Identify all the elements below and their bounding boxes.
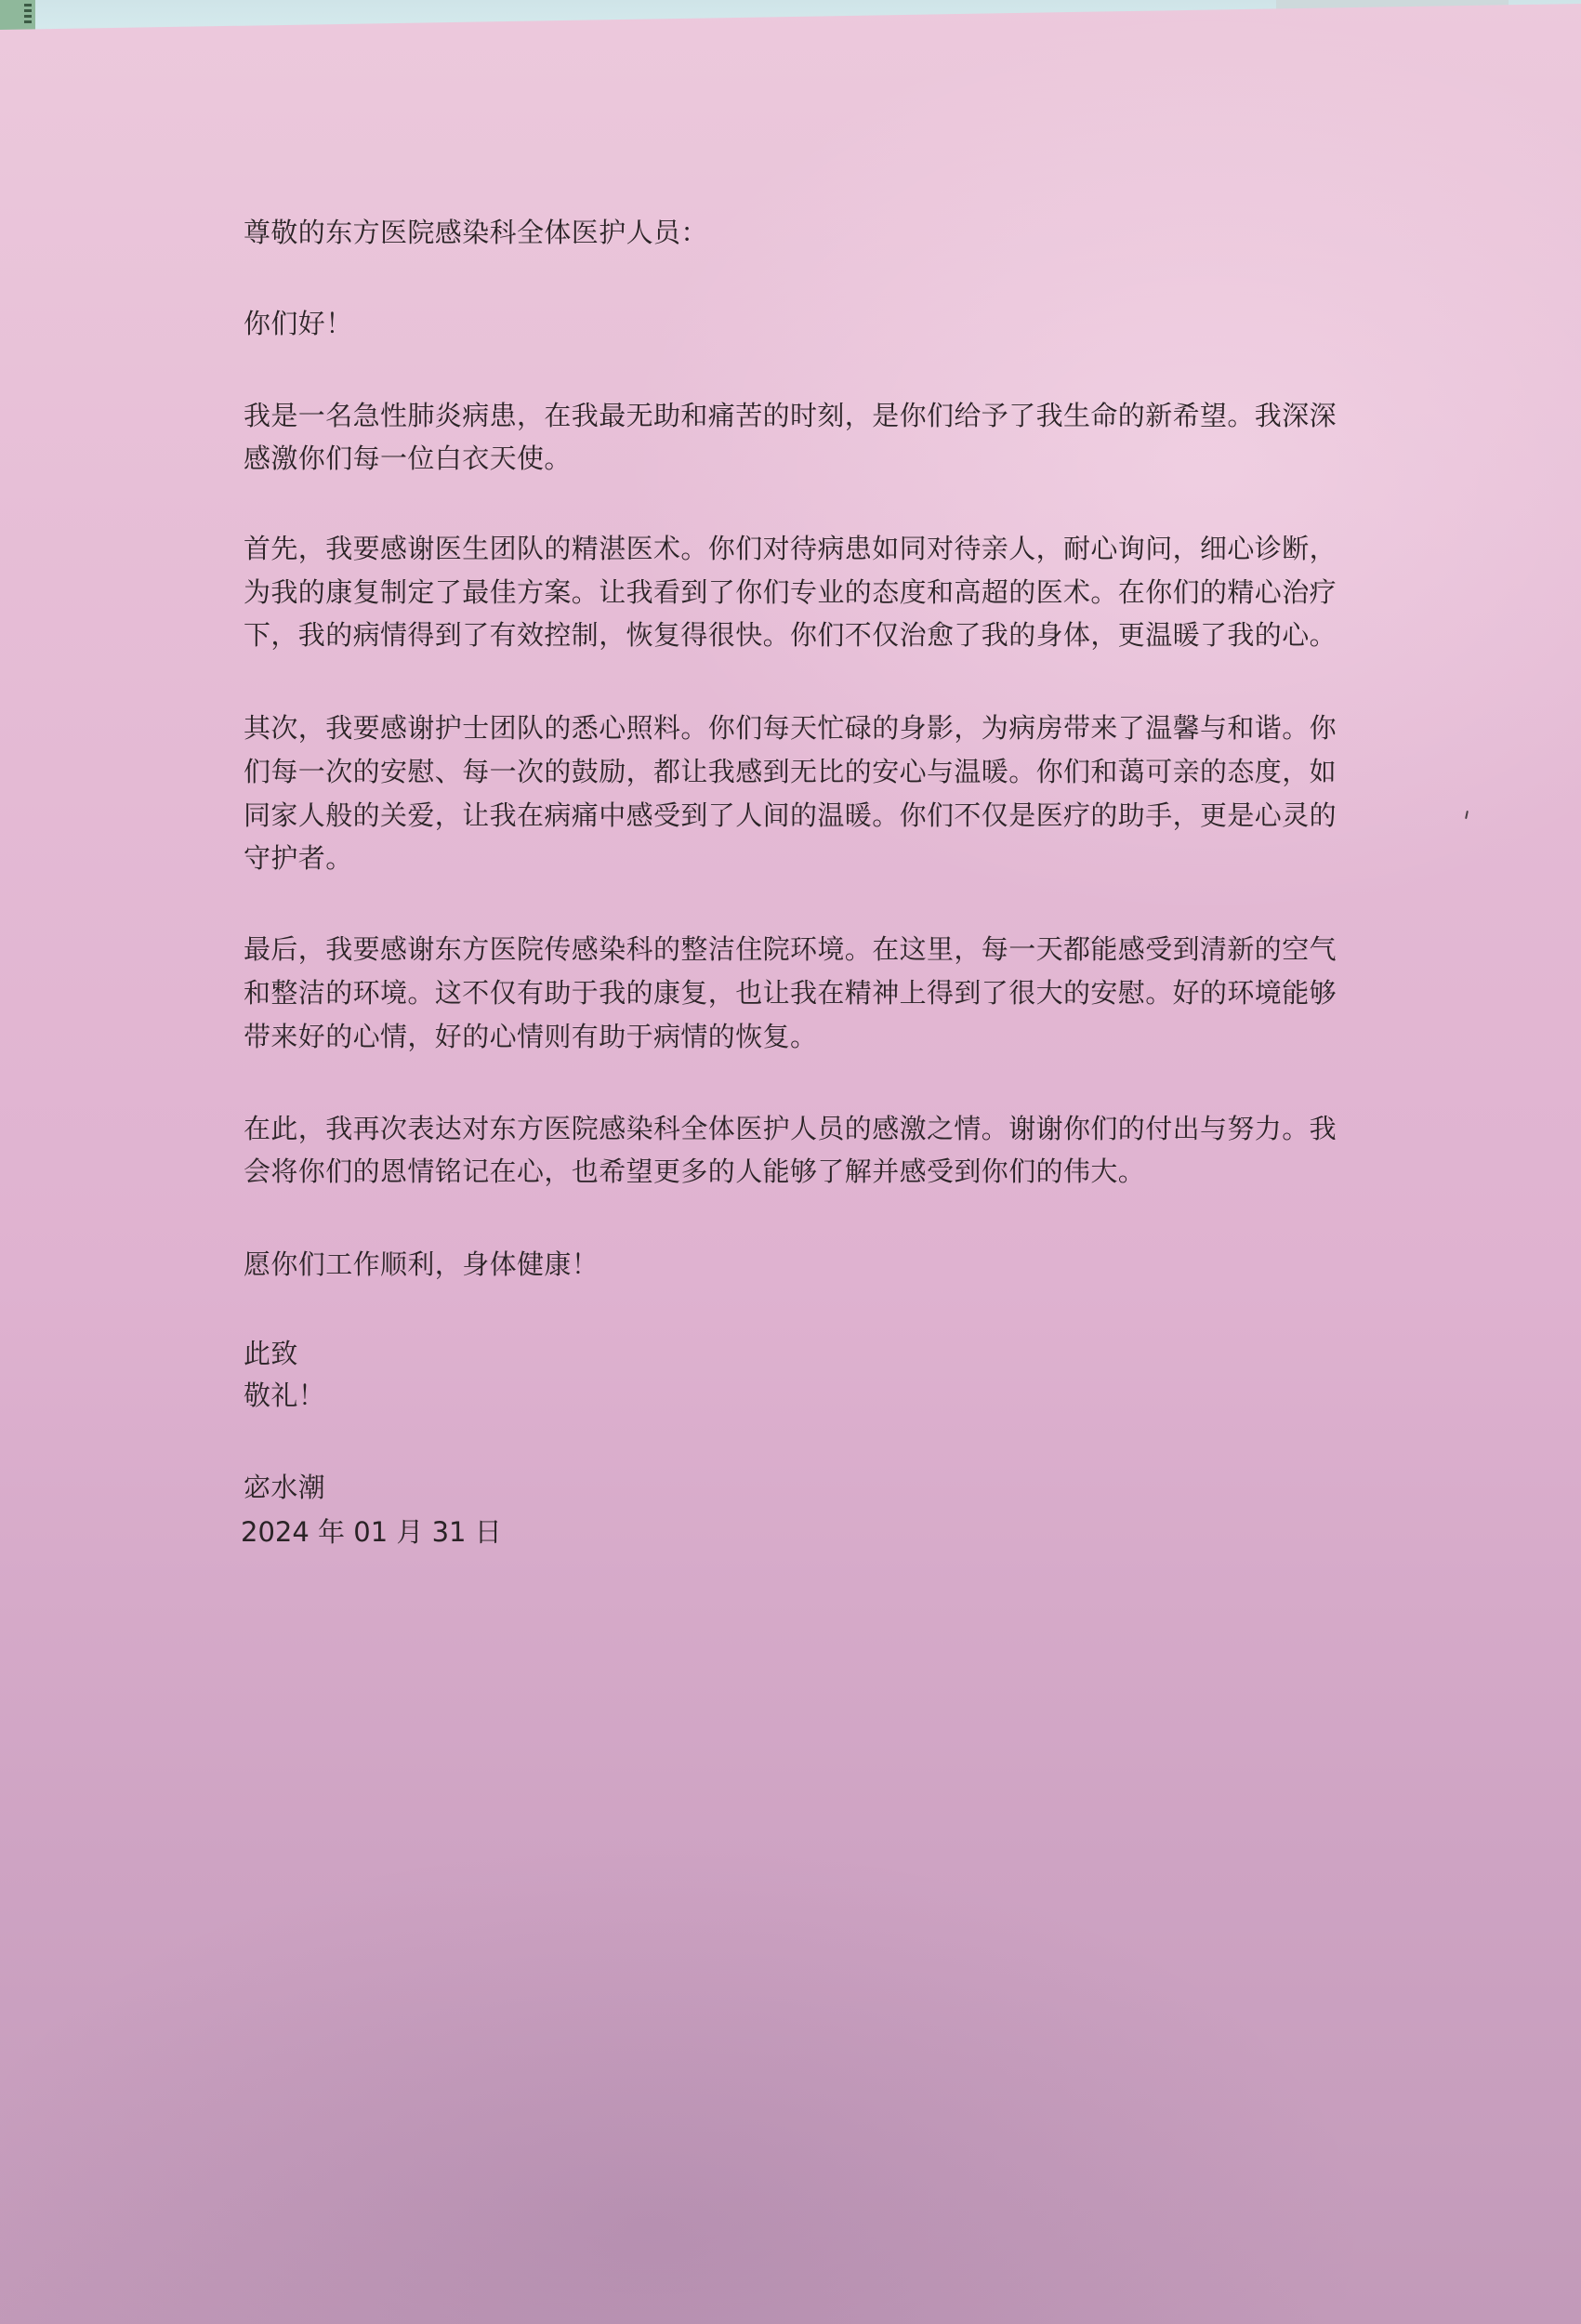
paragraph-line: 最后，我要感谢东方医院传感染科的整洁住院环境。在这里，每一天都能感受到清新的空气 xyxy=(244,933,1337,965)
paragraph-line: 下，我的病情得到了有效控制，恢复得很快。你们不仅治愈了我的身体，更温暖了我的心。 xyxy=(244,619,1337,651)
greeting: 你们好！ xyxy=(244,308,353,339)
background-object-left xyxy=(0,0,35,30)
paragraph-line: 同家人般的关爱，让我在病痛中感受到了人间的温暖。你们不仅是医疗的助手，更是心灵的 xyxy=(244,799,1337,831)
paragraph-line: 我是一名急性肺炎病患，在我最无助和痛苦的时刻，是你们给予了我生命的新希望。我深深 xyxy=(244,400,1337,431)
paragraph-line: 带来好的心情，好的心情则有助于病情的恢复。 xyxy=(244,1021,817,1052)
closing-line-2: 敬礼！ xyxy=(244,1380,325,1411)
paragraph-line: 其次，我要感谢护士团队的悉心照料。你们每天忙碌的身影，为病房带来了温馨与和谐。你 xyxy=(244,712,1337,744)
paragraph-line: 在此，我再次表达对东方医院感染科全体医护人员的感激之情。谢谢你们的付出与努力。我 xyxy=(244,1113,1337,1144)
letter-date: 2024 年 01 月 31 日 xyxy=(241,1516,502,1548)
ruler-ticks xyxy=(24,4,32,24)
paragraph-line: 会将你们的恩情铭记在心，也希望更多的人能够了解并感受到你们的伟大。 xyxy=(244,1155,1145,1187)
paragraph-line: 为我的康复制定了最佳方案。让我看到了你们专业的态度和高超的医术。在你们的精心治疗 xyxy=(244,576,1337,608)
closing-line-1: 此致 xyxy=(244,1338,298,1369)
paragraph-line: 们每一次的安慰、每一次的鼓励，都让我感到无比的安心与温暖。你们和蔼可亲的态度，如 xyxy=(244,756,1337,787)
salutation: 尊敬的东方医院感染科全体医护人员： xyxy=(244,217,708,248)
paragraph-line: 感激你们每一位白衣天使。 xyxy=(244,442,572,474)
signature: 宓水潮 xyxy=(244,1472,325,1503)
closing-wish: 愿你们工作顺利，身体健康！ xyxy=(244,1248,599,1280)
letter-paper: 尊敬的东方医院感染科全体医护人员： 你们好！ 我是一名急性肺炎病患，在我最无助和… xyxy=(0,0,1581,2324)
paragraph-line: 首先，我要感谢医生团队的精湛医术。你们对待病患如同对待亲人，耐心询问，细心诊断， xyxy=(244,533,1337,564)
paragraph-line: 守护者。 xyxy=(244,842,353,874)
print-artifact-mark xyxy=(1465,811,1469,819)
paragraph-line: 和整洁的环境。这不仅有助于我的康复，也让我在精神上得到了很大的安慰。好的环境能够 xyxy=(244,977,1337,1009)
